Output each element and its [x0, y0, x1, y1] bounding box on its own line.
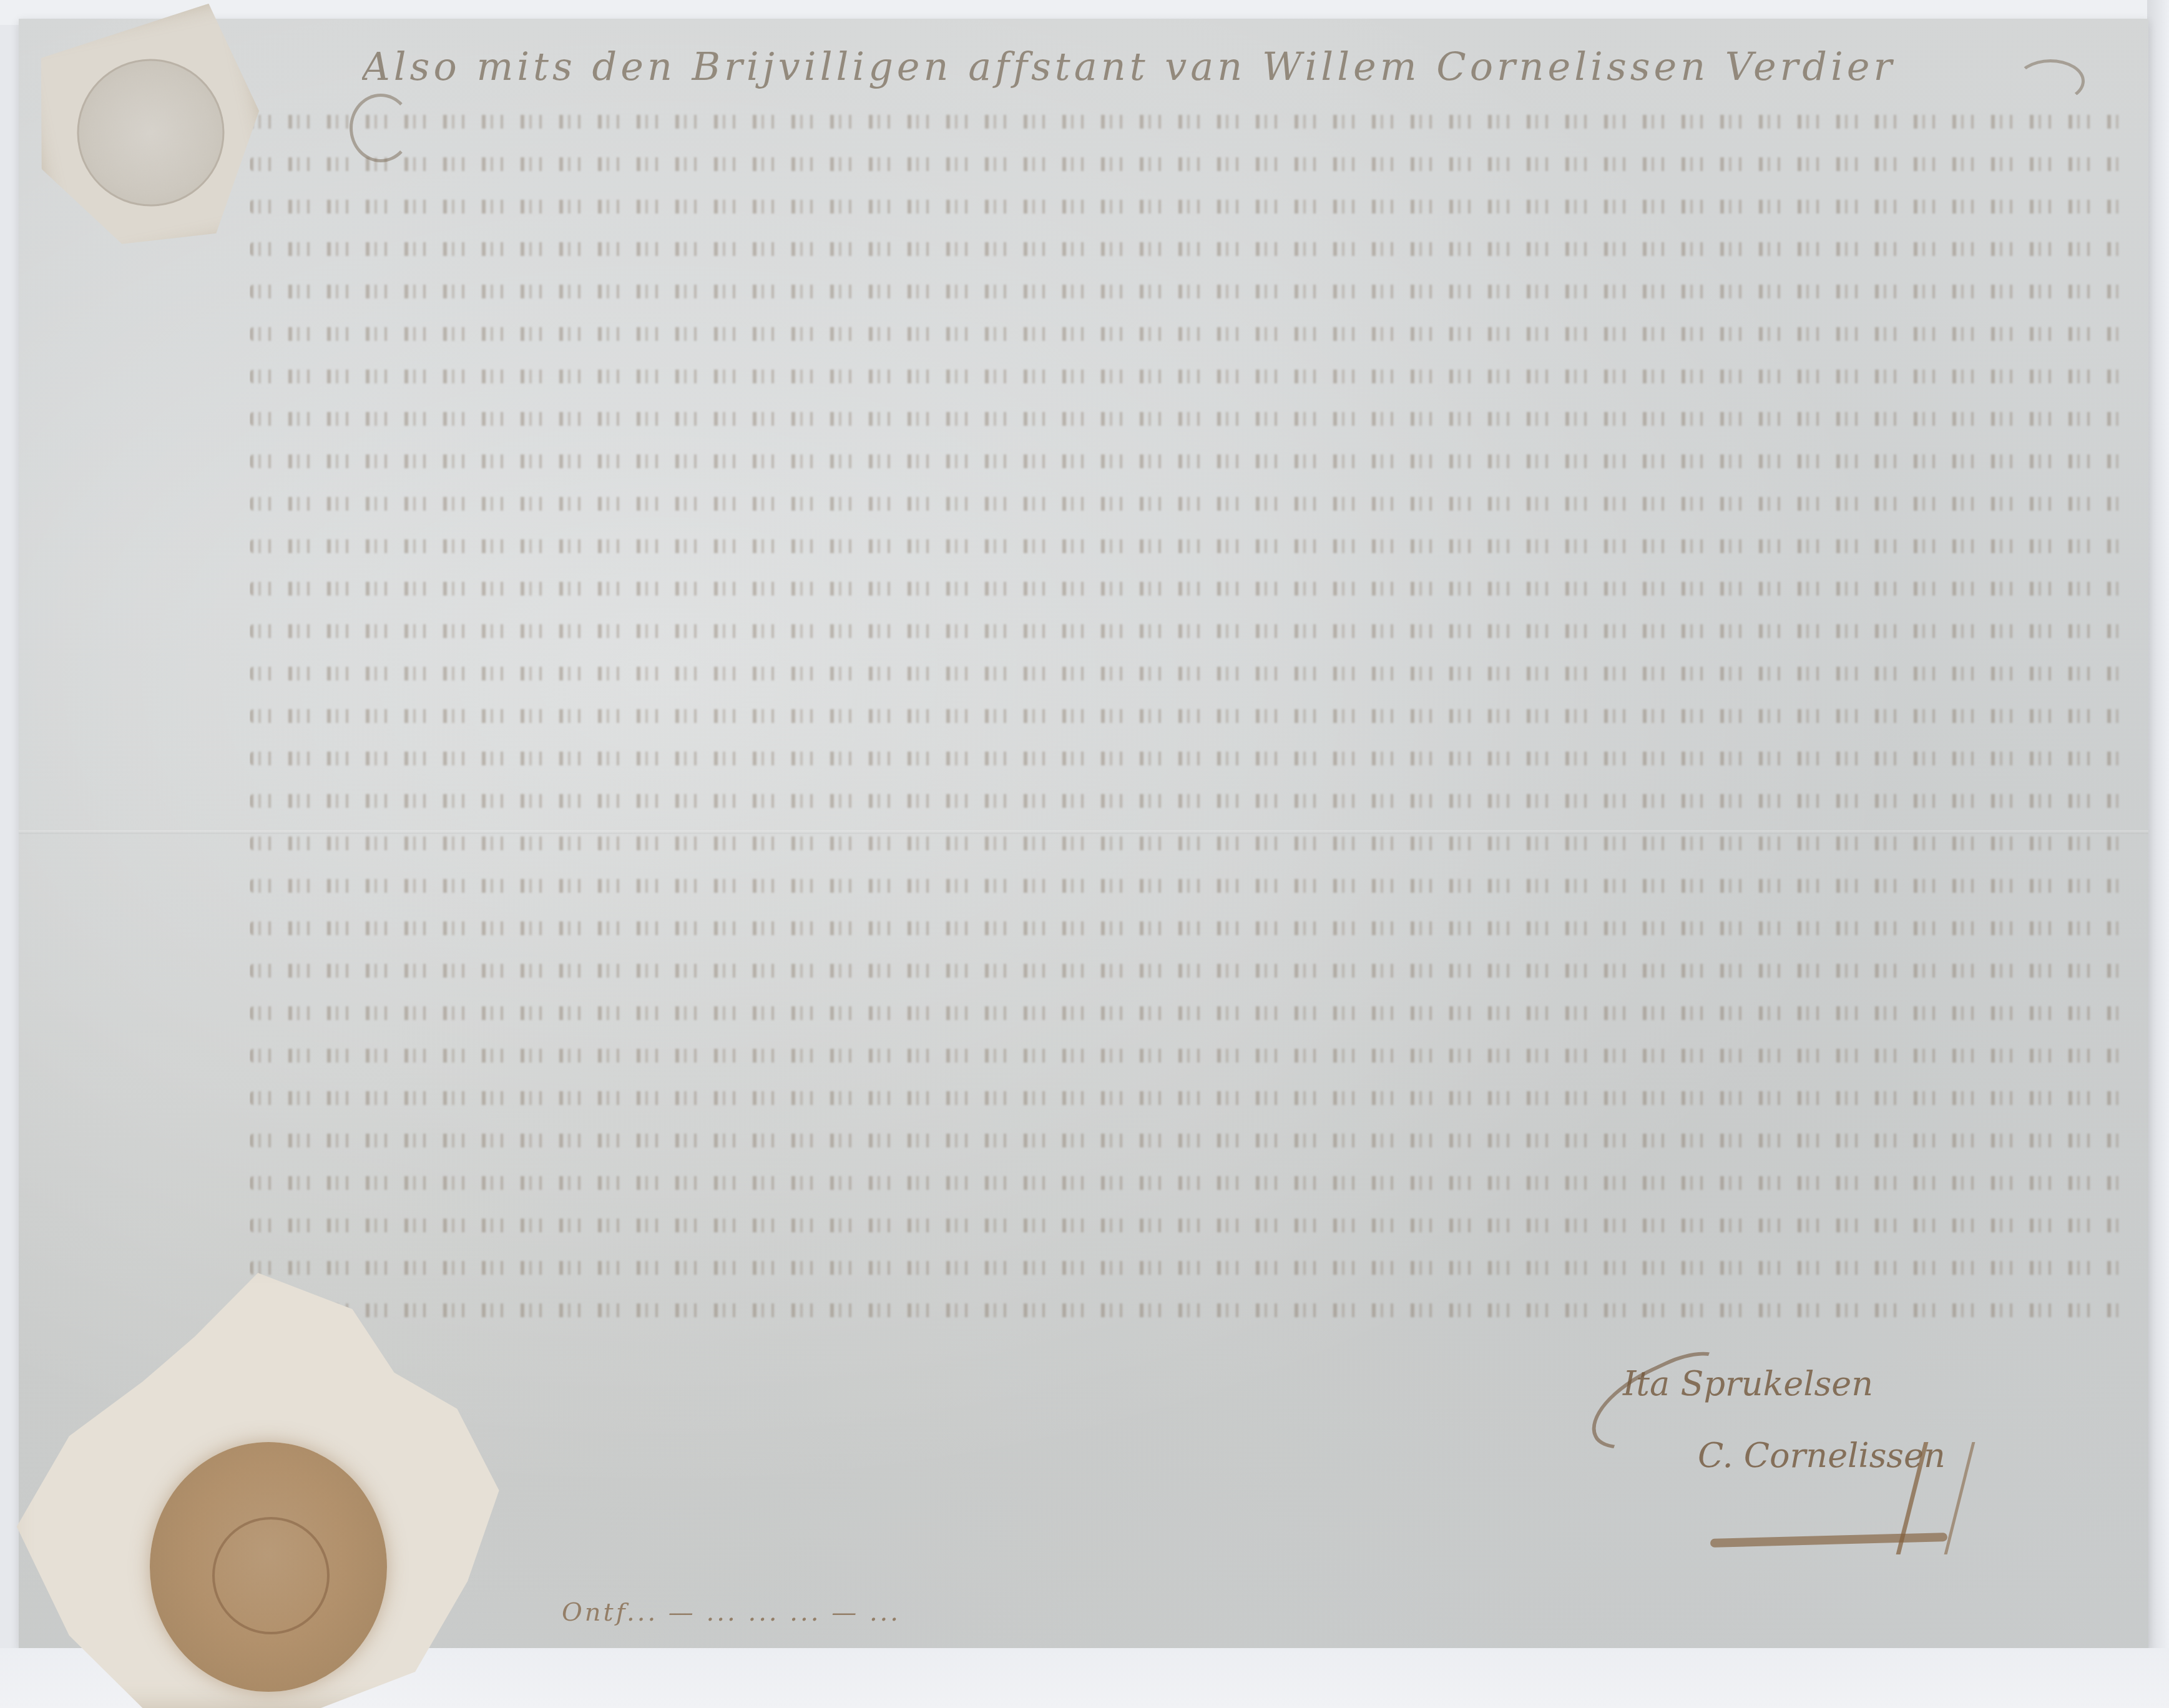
backdrop-right	[2147, 0, 2169, 1708]
body-line	[250, 1122, 2122, 1155]
body-line	[250, 1292, 2122, 1325]
body-line	[250, 995, 2122, 1028]
body-line	[250, 825, 2122, 858]
body-line	[250, 1165, 2122, 1197]
body-line	[250, 316, 2122, 348]
body-line	[250, 698, 2122, 730]
seal-top-left	[1, 0, 300, 292]
body-line	[250, 868, 2122, 900]
body-line	[250, 1207, 2122, 1240]
body-line	[250, 613, 2122, 645]
seal-emblem-icon	[212, 1517, 330, 1634]
signature-1: Ita Sprukelsen	[1623, 1364, 1873, 1403]
body-line	[250, 189, 2122, 221]
body-line	[250, 443, 2122, 476]
signature-2: C. Cornelissen	[1698, 1436, 1946, 1475]
body-line	[250, 571, 2122, 603]
body-line	[250, 401, 2122, 433]
body-line	[250, 358, 2122, 391]
body-line	[250, 783, 2122, 815]
body-line	[250, 1080, 2122, 1112]
body-line	[250, 910, 2122, 943]
seal-bottom-left	[6, 1255, 531, 1708]
document-body: Also mits den Brijvilligen affstant van …	[250, 44, 2122, 1335]
body-line	[250, 486, 2122, 518]
body-line	[250, 146, 2122, 179]
body-line	[250, 953, 2122, 985]
body-line	[250, 528, 2122, 561]
body-line	[250, 231, 2122, 263]
body-line	[250, 104, 2122, 136]
body-line	[250, 740, 2122, 773]
opening-line: Also mits den Brijvilligen affstant van …	[362, 44, 2122, 94]
body-line	[250, 273, 2122, 306]
body-line	[250, 1250, 2122, 1282]
footer-note: Ontf... — ... ... ... — ...	[562, 1598, 901, 1627]
body-line	[250, 1038, 2122, 1070]
body-line	[250, 655, 2122, 688]
